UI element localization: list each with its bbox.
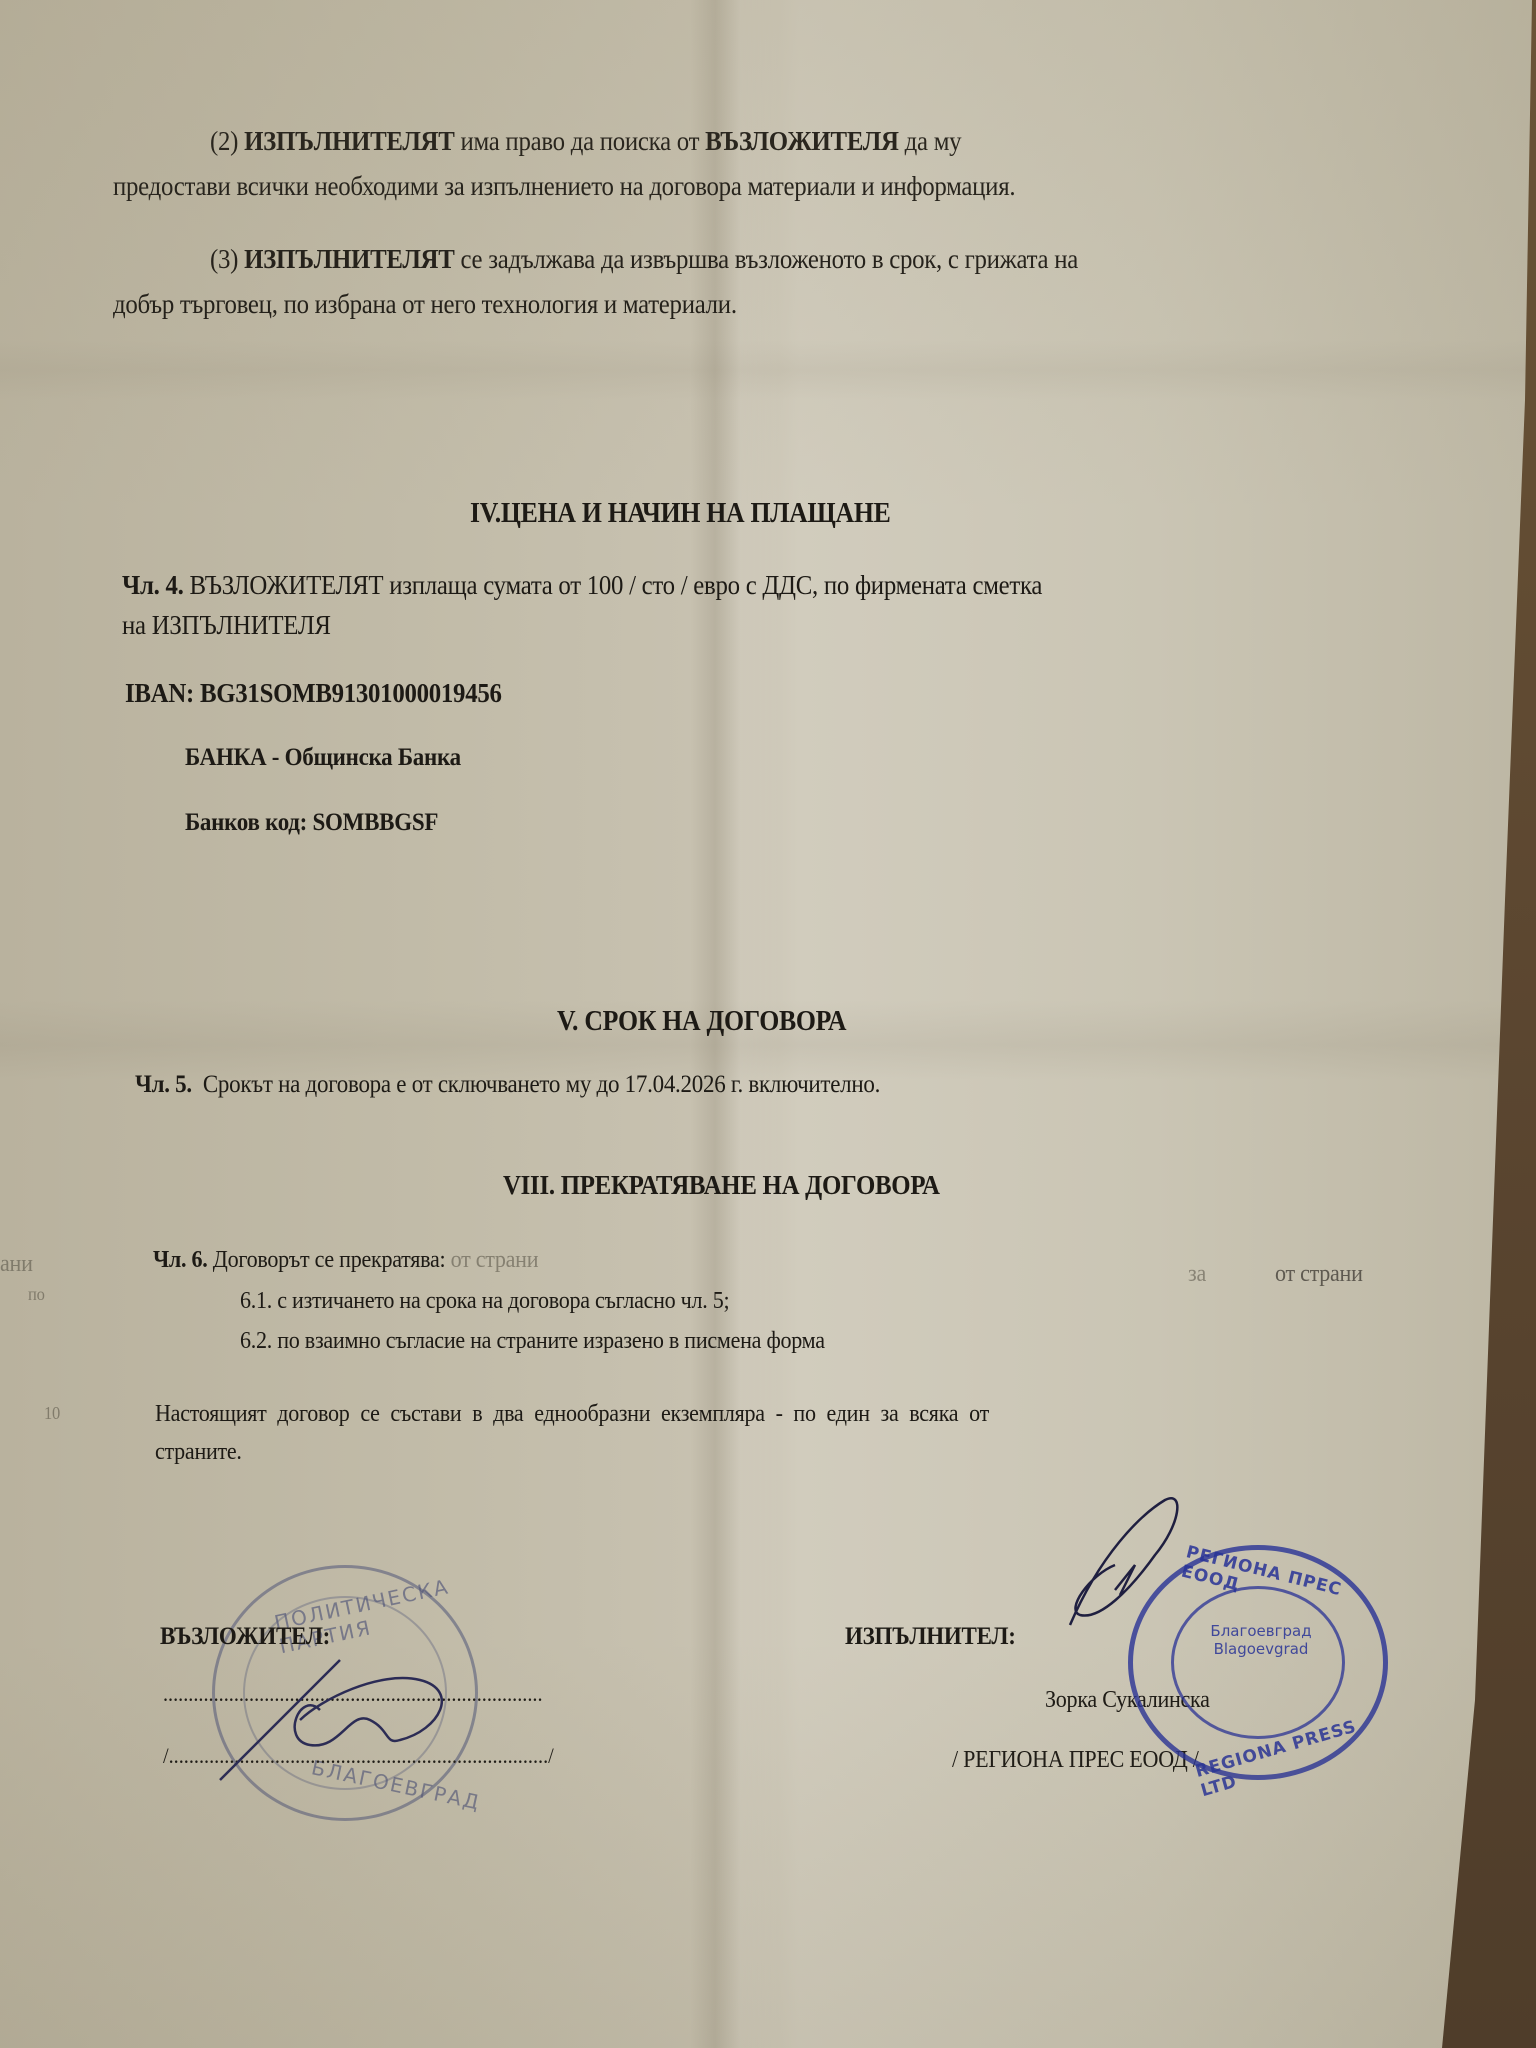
article-5-text: Срокът на договора е от сключването му д… bbox=[203, 1071, 880, 1098]
bank-name: БАНКА - Общинска Банка bbox=[185, 745, 461, 770]
article-6-line: Чл. 6. Договорът се прекратява: от стран… bbox=[153, 1248, 538, 1272]
stamp-city-en: Blagoevgrad bbox=[1201, 1640, 1321, 1658]
bleed-through-text: от страни bbox=[1275, 1262, 1363, 1286]
iban: IBAN: BG31SOMB91301000019456 bbox=[125, 680, 502, 707]
contractor-label: ИЗПЪЛНИТЕЛ: bbox=[845, 1624, 1016, 1649]
bleed-through-text: ани bbox=[0, 1252, 33, 1276]
article-6-text: Договорът се прекратява: bbox=[213, 1247, 446, 1273]
contractor-stamp: РЕГИОНА ПРЕС ЕООД REGIONA PRESS LTD Благ… bbox=[1128, 1545, 1388, 1780]
bleed-through-text: по bbox=[28, 1285, 45, 1303]
stamp-city-bg: Благоевград bbox=[1201, 1622, 1321, 1640]
article-4-line-1: Чл. 4. ВЪЗЛОЖИТЕЛЯТ изплаща сумата от 10… bbox=[122, 572, 1042, 599]
clause-3-text: се задължава да извършва възложеното в с… bbox=[460, 244, 1078, 274]
clause-3-number: (3) bbox=[210, 244, 238, 274]
article-4-line-2: на ИЗПЪЛНИТЕЛЯ bbox=[122, 612, 331, 639]
article-4-text: ВЪЗЛОЖИТЕЛЯТ изплаща сумата от 100 / сто… bbox=[190, 570, 1043, 600]
closing-line-1: Настоящият договор се състави в два едно… bbox=[155, 1402, 989, 1426]
article-6-label: Чл. 6. bbox=[153, 1247, 208, 1273]
closing-line-2: страните. bbox=[155, 1440, 242, 1464]
clause-2-number: (2) bbox=[210, 126, 238, 156]
bleed-through-text: от страни bbox=[451, 1247, 539, 1273]
article-5-label: Чл. 5. bbox=[135, 1071, 192, 1098]
article-6-item-2: 6.2. по взаимно съгласие на страните изр… bbox=[240, 1329, 825, 1353]
clause-2-text-a: има право да поиска от bbox=[460, 126, 699, 156]
contract-page: (2) ИЗПЪЛНИТЕЛЯТ има право да поиска от … bbox=[0, 0, 1536, 2048]
assignor-label: ВЪЗЛОЖИТЕЛ: bbox=[160, 1624, 330, 1649]
assignor-signature bbox=[200, 1650, 460, 1790]
stamp-center: Благоевград Blagoevgrad bbox=[1201, 1622, 1321, 1658]
section-viii-heading: VIII. ПРЕКРАТЯВАНЕ НА ДОГОВОРА bbox=[503, 1172, 940, 1199]
bleed-through-text: за bbox=[1188, 1262, 1206, 1286]
section-iv-heading: IV.ЦЕНА И НАЧИН НА ПЛАЩАНЕ bbox=[470, 500, 891, 528]
bank-code: Банков код: SOMBBGSF bbox=[185, 810, 438, 835]
clause-3-subject: ИЗПЪЛНИТЕЛЯТ bbox=[244, 244, 454, 274]
contractor-company: / РЕГИОНА ПРЕС ЕООД / bbox=[952, 1748, 1199, 1772]
clause-2-text-b: да му bbox=[905, 126, 962, 156]
bleed-through-text: 10 bbox=[44, 1404, 60, 1422]
article-5: Чл. 5. Срокът на договора е от сключване… bbox=[135, 1072, 880, 1097]
clause-2-subject: ИЗПЪЛНИТЕЛЯТ bbox=[244, 126, 454, 156]
article-6-item-1: 6.1. с изтичането на срока на договора с… bbox=[240, 1289, 729, 1313]
section-v-heading: V. СРОК НА ДОГОВОРА bbox=[557, 1008, 846, 1036]
clause-3-line-2: добър търговец, по избрана от него техно… bbox=[113, 291, 737, 318]
clause-3-line-1: (3) ИЗПЪЛНИТЕЛЯТ се задължава да извършв… bbox=[210, 246, 1078, 273]
article-4-label: Чл. 4. bbox=[122, 570, 184, 600]
clause-2-object: ВЪЗЛОЖИТЕЛЯ bbox=[705, 126, 899, 156]
clause-2-line-1: (2) ИЗПЪЛНИТЕЛЯТ има право да поиска от … bbox=[210, 128, 961, 155]
clause-2-line-2: предостави всички необходими за изпълнен… bbox=[113, 173, 1015, 200]
